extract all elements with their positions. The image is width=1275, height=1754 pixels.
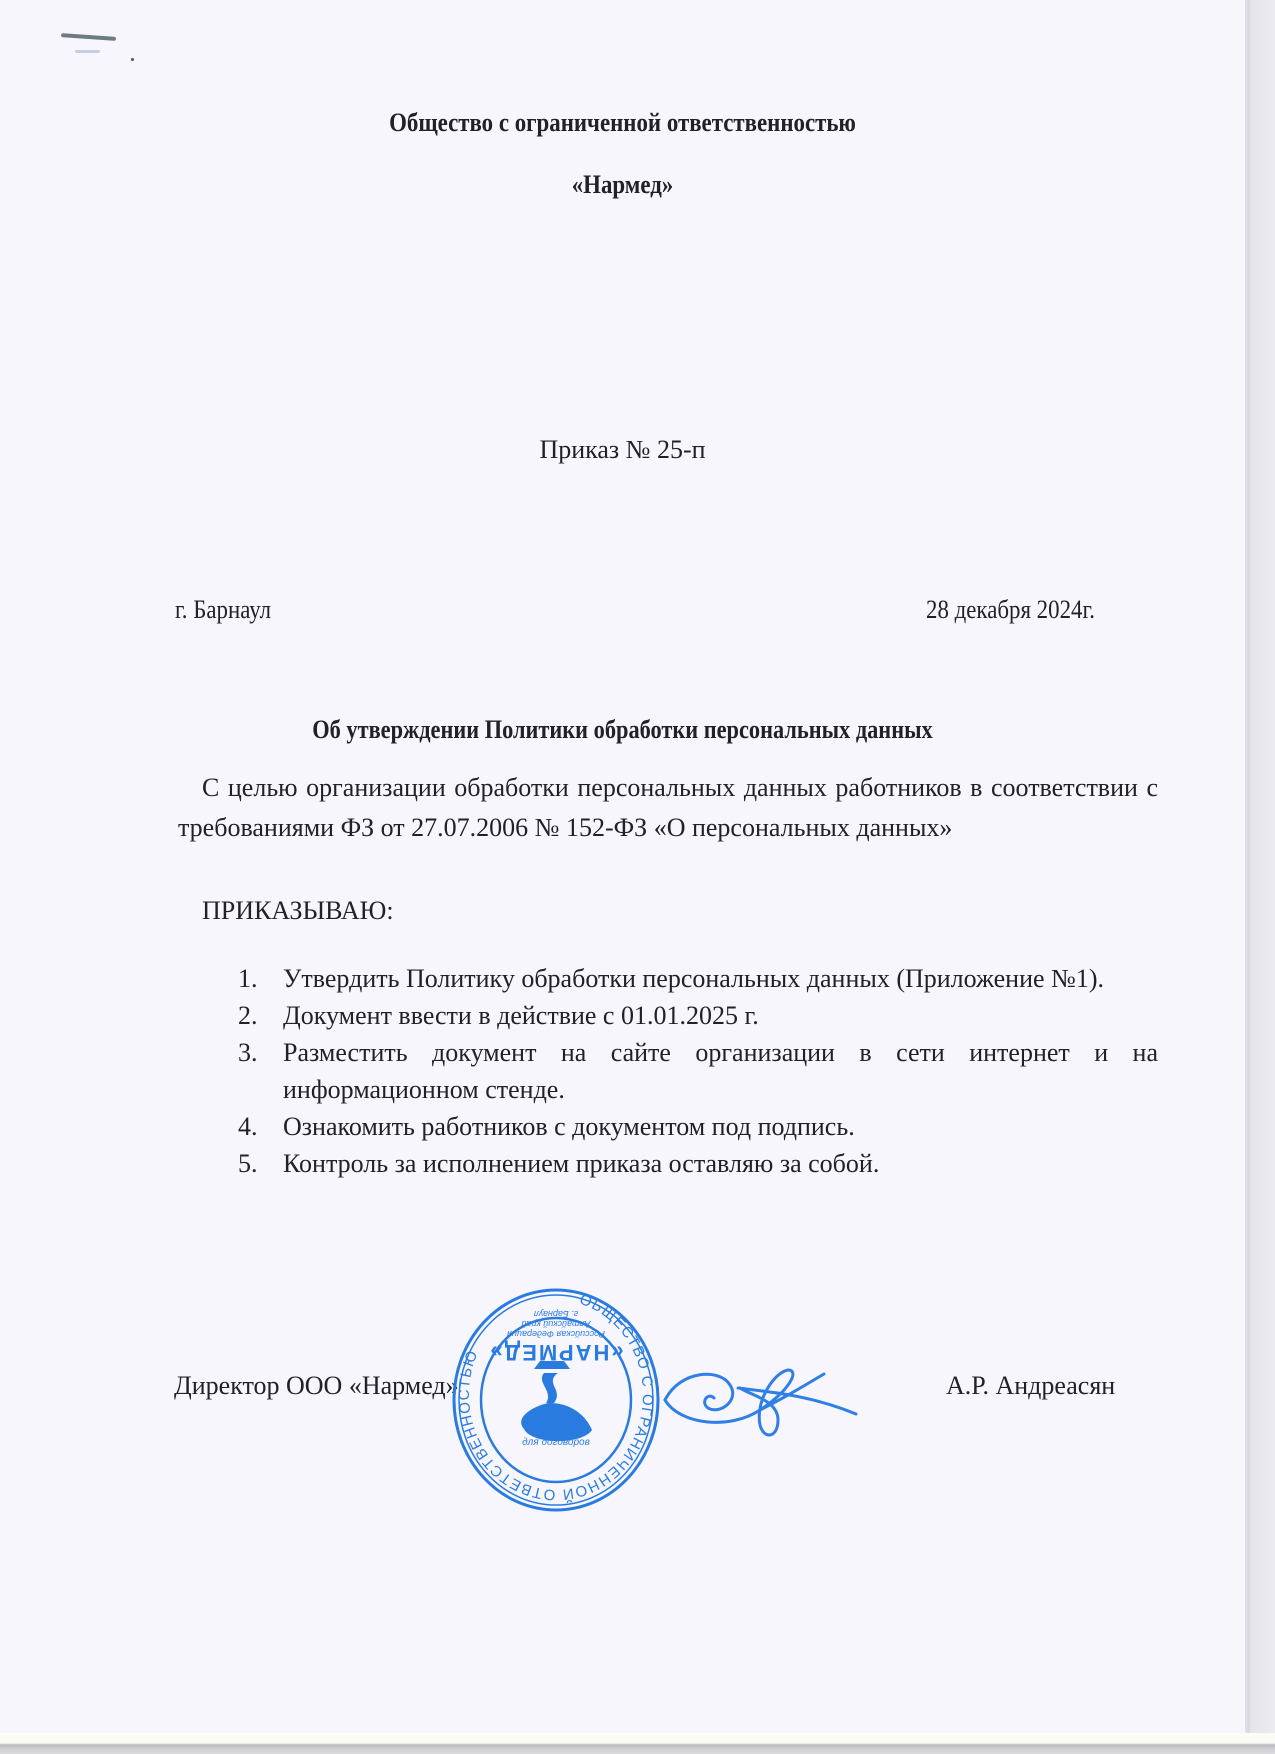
order-date: 28 декабря 2024г. <box>926 595 1095 625</box>
scan-edge-right <box>1245 0 1275 1734</box>
handwritten-signature-icon <box>660 1340 860 1450</box>
order-number: Приказ № 25-п <box>0 435 1245 465</box>
item-text: Документ ввести в действие с 01.01.2025 … <box>283 1001 759 1030</box>
item-text: Утвердить Политику обработки персональны… <box>283 964 1104 993</box>
item-number: 2. <box>238 997 258 1034</box>
list-item: 1.Утвердить Политику обработки персональ… <box>238 960 1158 997</box>
item-text: Разместить документ на сайте организации… <box>283 1038 1158 1104</box>
item-number: 4. <box>238 1108 258 1145</box>
seal-name-text: «НАРМЕД» <box>488 1340 623 1365</box>
intro-paragraph: С целью организации обработки персональн… <box>178 768 1158 848</box>
list-item: 5.Контроль за исполнением приказа оставл… <box>238 1145 1158 1182</box>
decree-word: ПРИКАЗЫВАЮ: <box>202 896 394 926</box>
seal-region-line3: г. Барнаул <box>534 1309 578 1319</box>
company-seal-icon: ОБЩЕСТВО С ОГРАНИЧЕННОЙ ОТВЕТСТВЕННОСТЬЮ… <box>450 1285 662 1515</box>
scan-edge-bottom <box>0 1733 1275 1754</box>
order-items-list: 1.Утвердить Политику обработки персональ… <box>238 960 1158 1182</box>
item-text: Ознакомить работников с документом под п… <box>283 1112 855 1141</box>
list-item: 3.Разместить документ на сайте организац… <box>238 1034 1158 1108</box>
org-name-line1: Общество с ограниченной ответственностью <box>75 108 1171 138</box>
seal-region-line1: Российская Федерация <box>507 1329 605 1339</box>
scan-artifact <box>131 58 134 61</box>
document-title: Об утверждении Политики обработки персон… <box>87 715 1158 745</box>
item-number: 3. <box>238 1034 258 1071</box>
signatory-name: А.Р. Андреасян <box>946 1371 1115 1401</box>
seal-region-line2: Алтайский край <box>521 1319 591 1329</box>
order-city: г. Барнаул <box>175 595 271 625</box>
list-item: 4.Ознакомить работников с документом под… <box>238 1108 1158 1145</box>
item-number: 1. <box>238 960 258 997</box>
item-text: Контроль за исполнением приказа оставляю… <box>283 1149 879 1178</box>
list-item: 2.Документ ввести в действие с 01.01.202… <box>238 997 1158 1034</box>
org-name-line2: «Нармед» <box>75 170 1171 200</box>
scan-artifact <box>75 50 100 53</box>
signatory-title: Директор ООО «Нармед» <box>174 1371 459 1401</box>
item-number: 5. <box>238 1145 258 1182</box>
